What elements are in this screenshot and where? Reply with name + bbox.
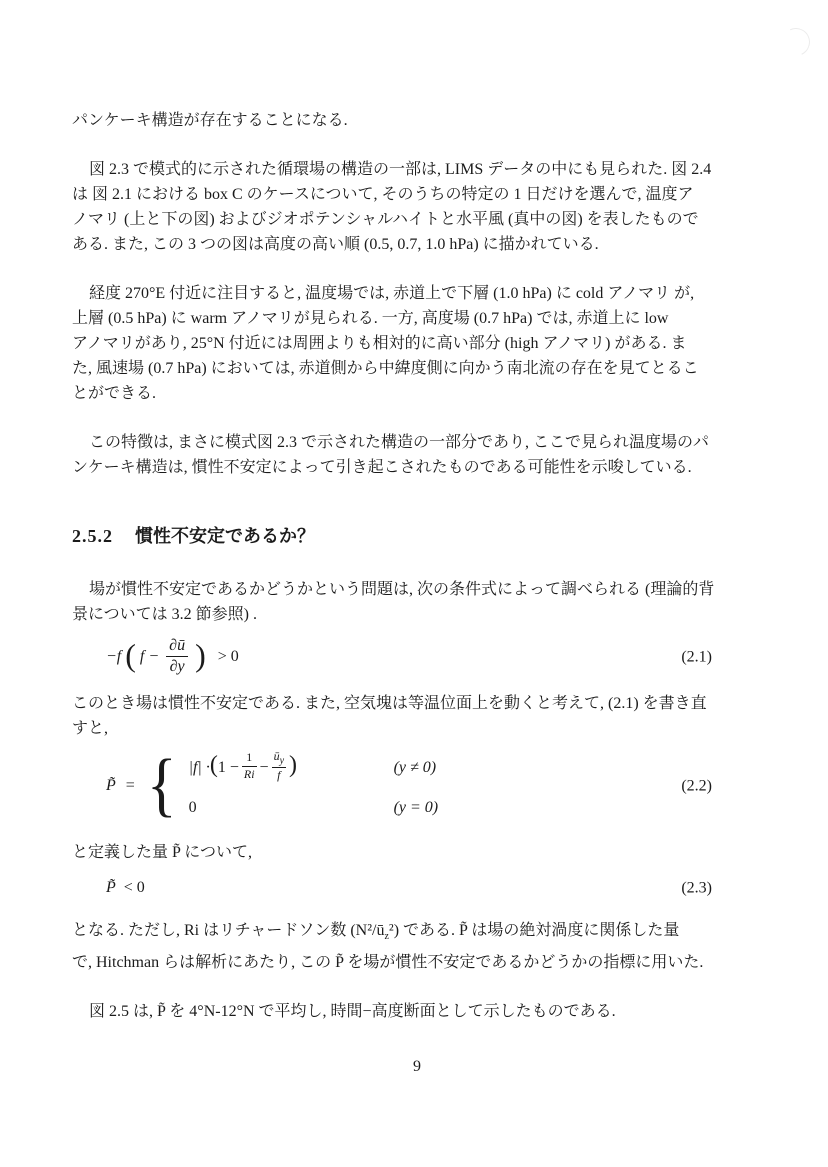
case-row: 0 (y = 0) — [189, 795, 439, 820]
equation-lhs: P̃ = — [106, 773, 135, 798]
text-line: アノマリがあり, 25°N 付近には周囲よりも相対的に高い部分 (high アノ… — [72, 331, 762, 356]
fraction: ∂ū∂y — [166, 637, 188, 677]
equation-number: (2.1) — [681, 644, 712, 669]
text-line: この特徴は, まさに模式図 2.3 で示された構造の一部分であり, ここで見られ… — [72, 430, 762, 455]
paragraph: 図 2.3 で模式的に示された循環場の構造の一部は, LIMS データの中にも見… — [72, 157, 762, 257]
equation-number: (2.3) — [681, 875, 712, 900]
text-line: となる. ただし, Ri はリチャードソン数 (N²/ūz²) である. P̃ … — [72, 918, 762, 949]
text-line: と定義した量 P̃ について, — [72, 840, 762, 865]
text-line: すと, — [72, 716, 762, 741]
fraction: 1Ri — [242, 751, 257, 780]
math-term: P̃ — [106, 773, 116, 798]
close-paren: ) — [289, 753, 297, 778]
page-content: パンケーキ構造が存在することになる. 図 2.3 で模式的に示された循環場の構造… — [72, 108, 762, 1079]
equation-expression: P̃ = { |f| · (1 −1Ri−ūyf) (y ≠ 0) 0 (y =… — [106, 751, 438, 821]
text-line: とができる. — [72, 381, 762, 406]
text-line: 経度 270°E 付近に注目すると, 温度場では, 赤道上で下層 (1.0 hP… — [72, 281, 762, 306]
case-condition: (y ≠ 0) — [394, 755, 437, 780]
page-number: 9 — [72, 1054, 762, 1079]
section-title: 慣性不安定であるか？ — [135, 526, 315, 546]
text-line: 図 2.5 は, P̃ を 4°N-12°N で平均し, 時間−高度断面として示… — [72, 999, 762, 1024]
paragraph: この特徴は, まさに模式図 2.3 で示された構造の一部分であり, ここで見られ… — [72, 430, 762, 480]
text-line: 景については 3.2 節参照) . — [72, 602, 762, 627]
open-paren: ( — [125, 639, 136, 671]
paragraph: と定義した量 P̃ について, — [72, 840, 762, 865]
math-relation: > 0 — [218, 644, 239, 669]
text-line: は 図 2.1 における box C のケースについて, そのうちの特定の 1 … — [72, 182, 762, 207]
equation-number: (2.2) — [681, 773, 712, 798]
equation-expression: −f(f −∂ū∂y) > 0 — [106, 637, 239, 677]
math-relation: < 0 — [124, 875, 145, 900]
text-line: 上層 (0.5 hPa) に warm アノマリが見られる. 一方, 高度場 (… — [72, 306, 762, 331]
fraction-numerator: ūy — [272, 750, 286, 768]
case-row: |f| · (1 −1Ri−ūyf) (y ≠ 0) — [189, 751, 439, 784]
section-number: 2.5.2 — [72, 526, 113, 546]
equation-cases: |f| · (1 −1Ri−ūyf) (y ≠ 0) 0 (y = 0) — [189, 751, 439, 821]
paragraph: となる. ただし, Ri はリチャードソン数 (N²/ūz²) である. P̃ … — [72, 918, 762, 974]
text-line: このとき場は慣性不安定である. また, 空気塊は等温位面上を動くと考えて, (2… — [72, 691, 762, 716]
text-line: 図 2.3 で模式的に示された循環場の構造の一部は, LIMS データの中にも見… — [72, 157, 762, 182]
text-line: で, Hitchman らは解析にあたり, この P̃ を場が慣性不安定であるか… — [72, 950, 762, 975]
paragraph: 経度 270°E 付近に注目すると, 温度場では, 赤道上で下層 (1.0 hP… — [72, 281, 762, 406]
math-term: |f| · — [189, 755, 210, 780]
equation-2-3: P̃ < 0 (2.3) — [72, 875, 762, 900]
fraction-numerator: 1 — [242, 751, 257, 766]
fraction-numerator: ∂ū — [166, 637, 188, 657]
text-line: パンケーキ構造が存在することになる. — [72, 108, 762, 133]
scan-artifact — [778, 24, 814, 60]
text-line: 場が慣性不安定であるかどうかという問題は, 次の条件式によって調べられる (理論… — [72, 577, 762, 602]
paragraph: このとき場は慣性不安定である. また, 空気塊は等温位面上を動くと考えて, (2… — [72, 691, 762, 741]
case-expression: 0 — [189, 795, 394, 820]
fraction-denominator: f — [272, 768, 286, 782]
close-paren: ) — [195, 639, 206, 671]
math-term: 1 − — [218, 755, 239, 780]
fraction: ūyf — [272, 750, 286, 783]
case-expression: |f| · (1 −1Ri−ūyf) — [189, 751, 394, 784]
paragraph: 図 2.5 は, P̃ を 4°N-12°N で平均し, 時間−高度断面として示… — [72, 999, 762, 1024]
text-line: た, 風速場 (0.7 hPa) においては, 赤道側から中緯度側に向かう南北流… — [72, 356, 762, 381]
text-line: ノマリ (上と下の図) およびジオポテンシャルハイトと水平風 (真中の図) を表… — [72, 207, 762, 232]
section-heading: 2.5.2慣性不安定であるか？ — [72, 524, 762, 549]
paragraph: パンケーキ構造が存在することになる. — [72, 108, 762, 133]
paragraph: 場が慣性不安定であるかどうかという問題は, 次の条件式によって調べられる (理論… — [72, 577, 762, 627]
equation-2-2: P̃ = { |f| · (1 −1Ri−ūyf) (y ≠ 0) 0 (y =… — [72, 751, 762, 821]
minus-sign: − — [260, 755, 269, 780]
scanned-paper-page: パンケーキ構造が存在することになる. 図 2.3 で模式的に示された循環場の構造… — [0, 0, 828, 1167]
open-paren: ( — [210, 753, 218, 778]
math-term: −f — [106, 644, 121, 669]
equation-expression: P̃ < 0 — [106, 875, 145, 900]
fraction-denominator: Ri — [242, 767, 257, 781]
equals-sign: = — [126, 773, 135, 798]
math-term: f − — [140, 644, 159, 669]
fraction-denominator: ∂y — [166, 657, 188, 676]
cases-brace: { — [147, 753, 177, 817]
text-line: ある. また, この 3 つの図は高度の高い順 (0.5, 0.7, 1.0 h… — [72, 232, 762, 257]
text-line: ンケーキ構造は, 慣性不安定によって引き起こされたものである可能性を示唆している… — [72, 455, 762, 480]
case-condition: (y = 0) — [394, 795, 439, 820]
equation-2-1: −f(f −∂ū∂y) > 0 (2.1) — [72, 637, 762, 677]
math-term: P̃ — [106, 875, 116, 900]
